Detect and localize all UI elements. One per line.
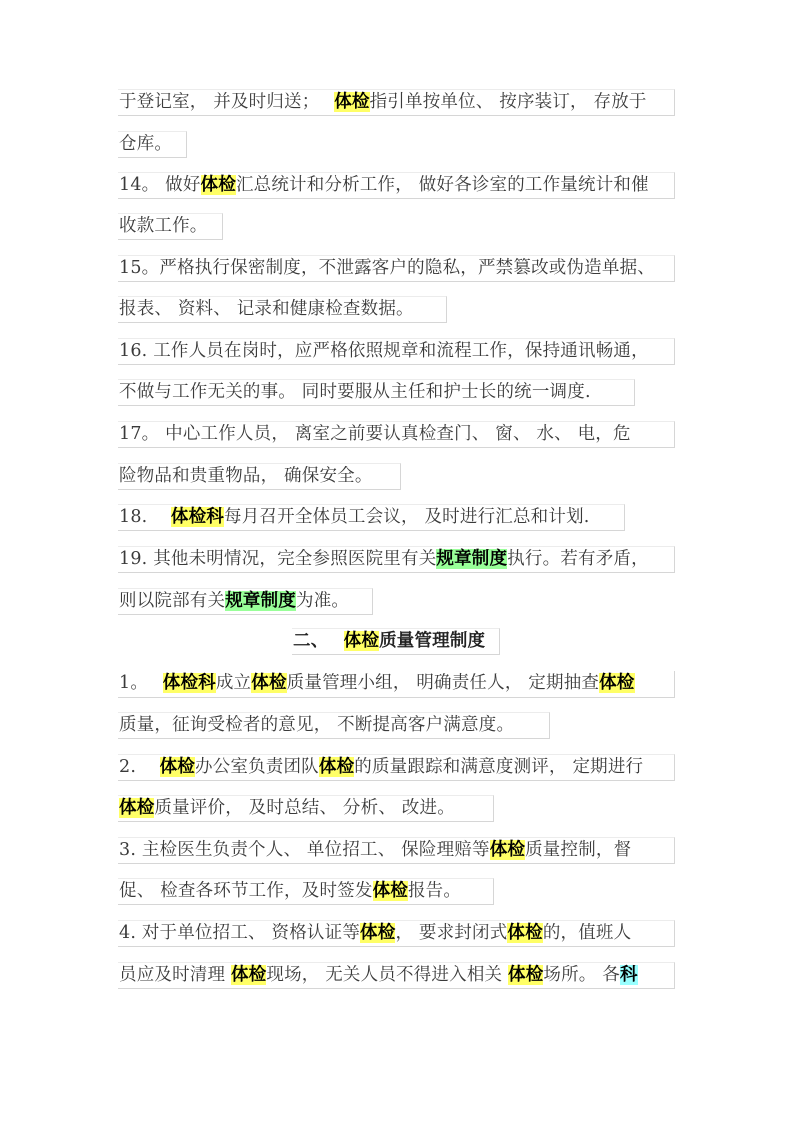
- text-segment: 质量，征询受检者的意见， 不断提高客户满意度。: [119, 715, 514, 735]
- text-line: 2. 体检办公室负责团队体检的质量跟踪和满意度测评， 定期进行: [118, 754, 675, 781]
- text-segment: 16. 工作人员在岗时，应严格依照规章和流程工作，保持通讯畅通，: [119, 341, 649, 361]
- text-line: 1。 体检科成立体检质量管理小组， 明确责任人， 定期抽查体检: [118, 671, 675, 698]
- highlighted-term: 体检科: [171, 507, 224, 527]
- text-segment: 为准。: [296, 591, 349, 611]
- text-segment: 3. 主检医生负责个人、 单位招工、 保险理赔等: [119, 840, 490, 860]
- highlighted-term: 体检: [119, 798, 154, 818]
- highlighted-term: 体检: [344, 631, 379, 651]
- text-segment: 险物品和贵重物品， 确保安全。: [119, 466, 373, 486]
- highlighted-term: 体检科: [163, 673, 216, 693]
- highlighted-term: 规章制度: [225, 591, 296, 611]
- text-line: 体检质量评价， 及时总结、 分析、 改进。: [118, 795, 494, 822]
- text-segment: 报告。: [408, 881, 461, 901]
- text-segment: 2.: [119, 757, 160, 777]
- text-segment: 1。: [119, 673, 163, 693]
- text-segment: 17。 中心工作人员， 离室之前要认真检查门、 窗、 水、 电，危: [119, 424, 631, 444]
- text-line: 不做与工作无关的事。 同时要服从主任和护士长的统一调度.: [118, 379, 635, 406]
- highlighted-term: 体检: [599, 673, 634, 693]
- highlighted-term: 体检: [231, 965, 266, 985]
- text-segment: 收款工作。: [119, 216, 208, 236]
- text-segment: 则以院部有关: [119, 591, 225, 611]
- text-segment: 汇总统计和分析工作， 做好各诊室的工作量统计和催: [236, 175, 649, 195]
- highlighted-term: 体检: [360, 923, 395, 943]
- text-segment: 质量控制，督: [525, 840, 631, 860]
- highlighted-term: 体检: [508, 965, 543, 985]
- highlighted-term: 体检: [334, 92, 369, 112]
- text-segment: 于登记室， 并及时归送；: [119, 92, 334, 112]
- text-segment: 4. 对于单位招工、 资格认证等: [119, 923, 360, 943]
- highlighted-term: 规章制度: [436, 549, 507, 569]
- text-segment: 19. 其他未明情况，完全参照医院里有关: [119, 549, 436, 569]
- highlighted-term: 体检: [373, 881, 408, 901]
- highlighted-term: 体检: [319, 757, 354, 777]
- text-segment: 员应及时清理: [119, 965, 231, 985]
- text-segment: 每月召开全体员工会议， 及时进行汇总和计划.: [224, 507, 590, 527]
- highlighted-term: 体检: [507, 923, 542, 943]
- text-segment: 质量管理制度: [379, 631, 485, 651]
- text-segment: 的质量跟踪和满意度测评， 定期进行: [354, 757, 643, 777]
- text-segment: 质量评价， 及时总结、 分析、 改进。: [154, 798, 455, 818]
- text-line: 于登记室， 并及时归送； 体检指引单按单位、 按序装订， 存放于: [118, 89, 675, 116]
- text-line: 报表、 资料、 记录和健康检查数据。: [118, 296, 447, 323]
- text-segment: 办公室负责团队: [195, 757, 319, 777]
- highlighted-term: 体检: [490, 840, 525, 860]
- text-segment: 18.: [119, 507, 171, 527]
- text-segment: 仓库。: [119, 134, 172, 154]
- text-line: 收款工作。: [118, 213, 223, 240]
- section-heading: 二、 体检质量管理制度: [292, 628, 500, 655]
- text-line: 3. 主检医生负责个人、 单位招工、 保险理赔等体检质量控制，督: [118, 837, 675, 864]
- text-line: 15。严格执行保密制度，不泄露客户的隐私，严禁篡改或伪造单据、: [118, 255, 675, 282]
- text-line: 16. 工作人员在岗时，应严格依照规章和流程工作，保持通讯畅通，: [118, 338, 675, 365]
- text-segment: 质量管理小组， 明确责任人， 定期抽查: [287, 673, 599, 693]
- text-line: 仓库。: [118, 131, 187, 158]
- text-segment: 成立: [216, 673, 251, 693]
- text-line: 14。 做好体检汇总统计和分析工作， 做好各诊室的工作量统计和催: [118, 172, 675, 199]
- text-line: 险物品和贵重物品， 确保安全。: [118, 463, 401, 490]
- highlighted-term: 体检: [251, 673, 286, 693]
- text-line: 则以院部有关规章制度为准。: [118, 588, 373, 615]
- text-segment: 的，值班人: [543, 923, 632, 943]
- text-line: 员应及时清理 体检现场， 无关人员不得进入相关 体检场所。 各科: [118, 962, 675, 989]
- text-line: 19. 其他未明情况，完全参照医院里有关规章制度执行。若有矛盾，: [118, 546, 675, 573]
- text-segment: ， 要求封闭式: [395, 923, 507, 943]
- text-line: 质量，征询受检者的意见， 不断提高客户满意度。: [118, 712, 550, 739]
- highlighted-term: 体检: [160, 757, 195, 777]
- text-segment: 15。严格执行保密制度，不泄露客户的隐私，严禁篡改或伪造单据、: [119, 258, 655, 278]
- text-segment: 不做与工作无关的事。 同时要服从主任和护士长的统一调度.: [119, 382, 591, 402]
- text-segment: 执行。若有矛盾，: [507, 549, 649, 569]
- highlighted-term: 体检: [201, 175, 236, 195]
- highlighted-term: 科: [620, 965, 638, 985]
- text-segment: 现场， 无关人员不得进入相关: [266, 965, 508, 985]
- text-segment: 指引单按单位、 按序装订， 存放于: [370, 92, 647, 112]
- text-line: 4. 对于单位招工、 资格认证等体检， 要求封闭式体检的，值班人: [118, 920, 675, 947]
- text-segment: 14。 做好: [119, 175, 201, 195]
- text-line: 促、 检查各环节工作，及时签发体检报告。: [118, 878, 494, 905]
- text-line: 18. 体检科每月召开全体员工会议， 及时进行汇总和计划.: [118, 504, 625, 531]
- text-segment: 报表、 资料、 记录和健康检查数据。: [119, 299, 414, 319]
- text-segment: 促、 检查各环节工作，及时签发: [119, 881, 373, 901]
- text-line: 17。 中心工作人员， 离室之前要认真检查门、 窗、 水、 电，危: [118, 421, 675, 448]
- text-segment: 场所。 各: [543, 965, 620, 985]
- text-segment: 二、: [293, 631, 344, 651]
